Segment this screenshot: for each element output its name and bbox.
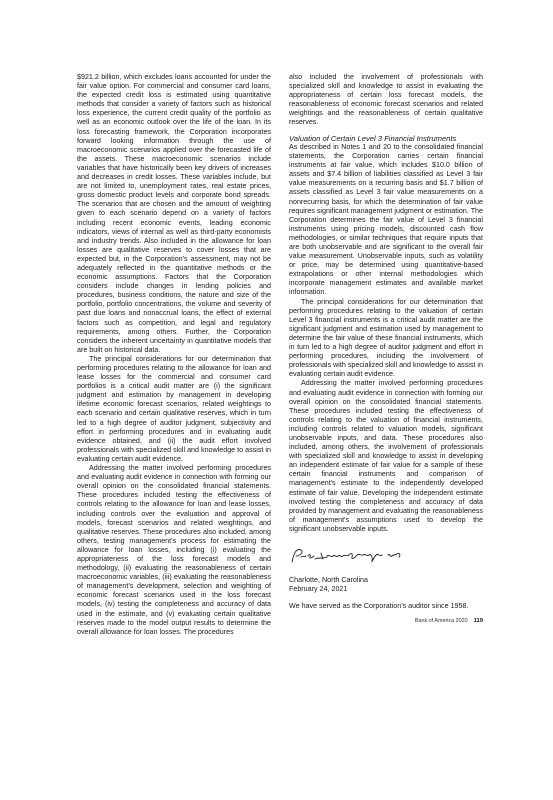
page-number: 119: [474, 618, 483, 624]
publication-name: Bank of America 2020: [415, 618, 468, 624]
left-column: $921.2 billion, which excludes loans acc…: [77, 73, 271, 637]
page-footer: Bank of America 2020119: [415, 618, 483, 624]
section-heading: Valuation of Certain Level 3 Financial I…: [289, 134, 483, 143]
signature: [289, 544, 483, 566]
signature-icon: [289, 544, 409, 568]
body-paragraph: Addressing the matter involved performin…: [289, 379, 483, 534]
body-paragraph: As described in Notes 1 and 20 to the co…: [289, 143, 483, 298]
right-column: also included the involvement of profess…: [289, 73, 483, 611]
signature-location: Charlotte, North Carolina: [289, 576, 483, 585]
auditor-tenure: We have served as the Corporation's audi…: [289, 602, 483, 611]
signature-date: February 24, 2021: [289, 585, 483, 594]
body-paragraph: The principal considerations for our det…: [77, 355, 271, 464]
body-paragraph: The principal considerations for our det…: [289, 298, 483, 380]
body-paragraph: also included the involvement of profess…: [289, 73, 483, 128]
body-paragraph: $921.2 billion, which excludes loans acc…: [77, 73, 271, 355]
body-paragraph: Addressing the matter involved performin…: [77, 464, 271, 637]
